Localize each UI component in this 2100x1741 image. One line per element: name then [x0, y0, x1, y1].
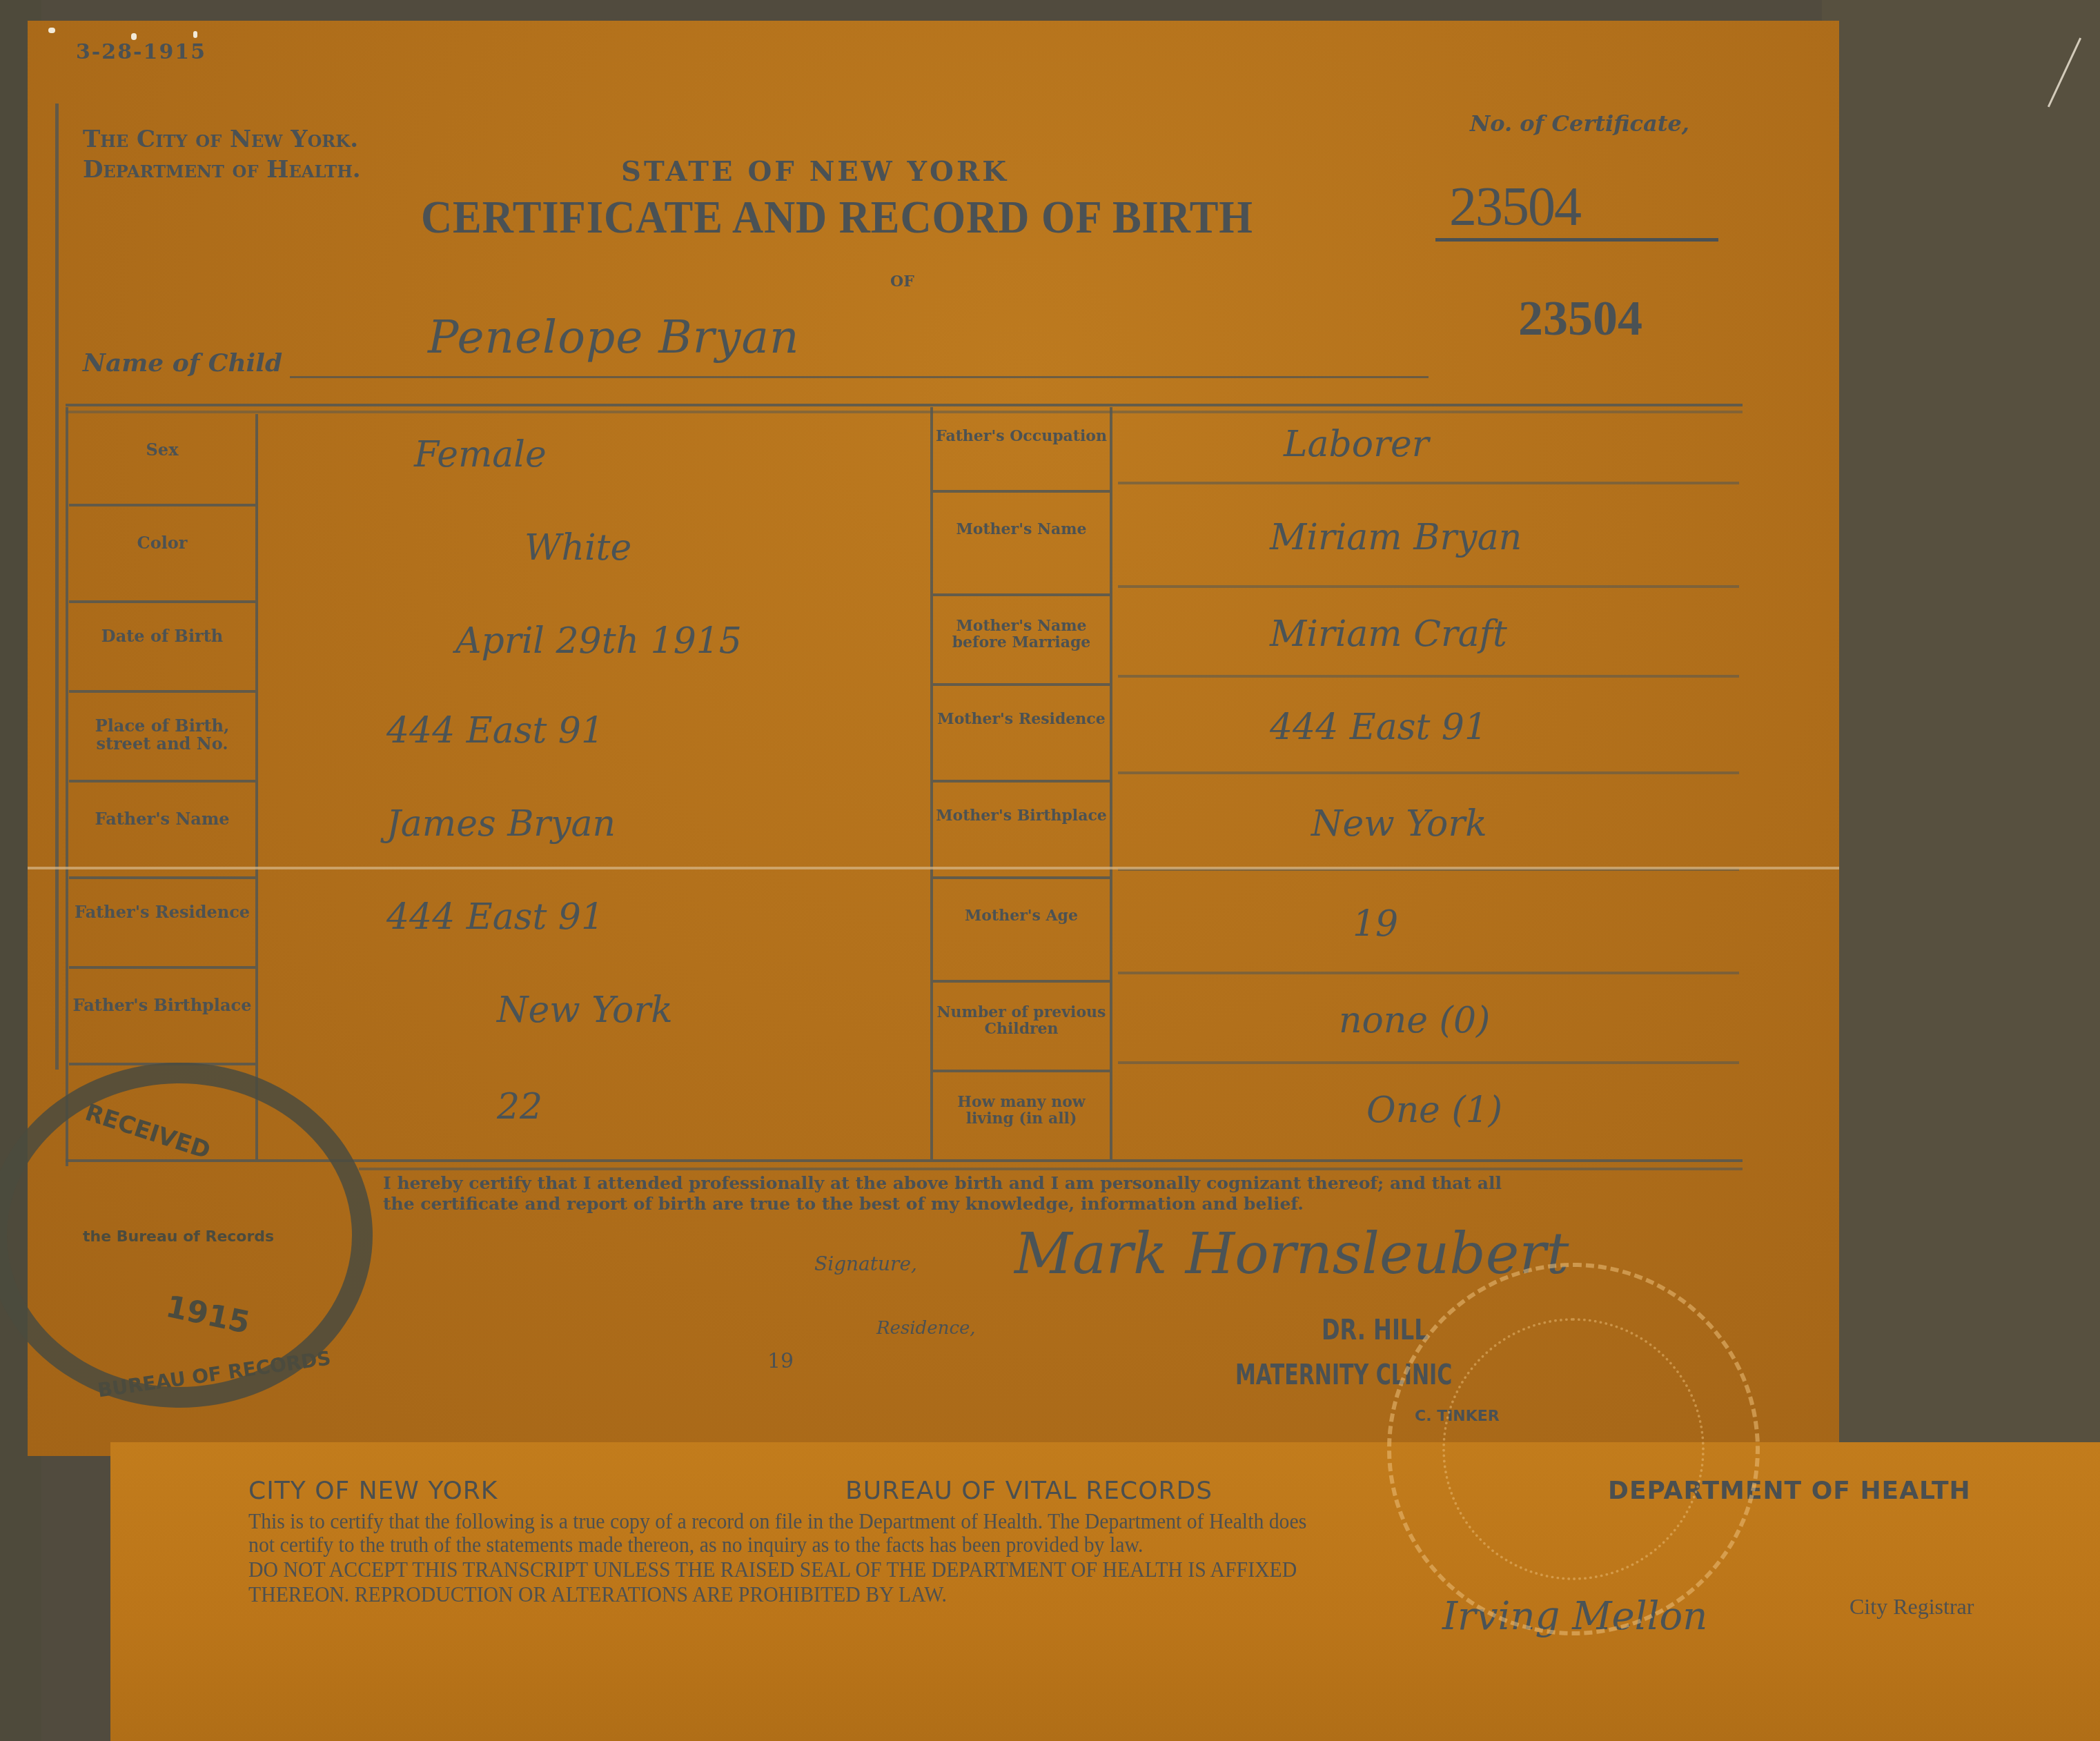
middle-divider: [930, 407, 933, 1159]
registrar-title: City Registrar: [1849, 1594, 1974, 1620]
scan-background-right: [1822, 0, 2100, 1449]
right-field-value: 444 East 91: [1270, 707, 1487, 748]
state-title: STATE OF NEW YORK: [621, 155, 1009, 188]
table-left-border: [66, 407, 68, 1166]
right-field-value: none (0): [1339, 1000, 1490, 1041]
right-value-underline: [1118, 675, 1739, 678]
strip-line-3: DO NOT ACCEPT THIS TRANSCRIPT UNLESS THE…: [248, 1558, 1297, 1580]
left-border-rule: [55, 104, 59, 1070]
left-field-value: New York: [497, 990, 673, 1031]
left-field-value: James Bryan: [386, 803, 616, 845]
right-field-label: Father's Occupation: [933, 428, 1110, 444]
right-field-value: One (1): [1366, 1090, 1502, 1131]
right-field-label: Mother's Birthplace: [933, 807, 1110, 824]
left-row-divider: [69, 600, 255, 603]
left-field-label: Father's Residence: [69, 903, 255, 921]
name-of-child-value: Penelope Bryan: [428, 311, 799, 364]
right-row-divider: [933, 593, 1110, 596]
right-row-divider: [933, 780, 1110, 783]
raised-seal-inner-icon: [1442, 1318, 1705, 1580]
signature-label: Signature,: [814, 1252, 917, 1275]
clinic-stamp-doctor: DR. HILL: [1322, 1315, 1429, 1346]
issuer-header: The City of New York. Department of Heal…: [83, 124, 361, 185]
year-prefix: 19: [767, 1349, 794, 1373]
right-value-underline: [1118, 771, 1739, 774]
certification-line-2: the certificate and report of birth are …: [383, 1194, 1798, 1214]
left-row-divider: [69, 876, 255, 879]
right-row-divider: [933, 1070, 1110, 1072]
issuer-department: Department of Health.: [83, 155, 361, 185]
right-field-label: Mother's Age: [933, 907, 1110, 924]
right-field-value: Laborer: [1284, 424, 1429, 465]
title-of: OF: [890, 273, 914, 291]
left-field-label: Father's Name: [69, 810, 255, 828]
left-field-value: 444 East 91: [386, 896, 604, 938]
left-field-label: Father's Birthplace: [69, 996, 255, 1014]
left-row-divider: [69, 966, 255, 969]
left-field-label: Date of Birth: [69, 627, 255, 645]
right-value-underline: [1118, 482, 1739, 484]
strip-line-4: THEREON. REPRODUCTION OR ALTERATIONS ARE…: [248, 1583, 947, 1605]
right-row-divider: [933, 490, 1110, 493]
right-field-label: Mother's Name: [933, 521, 1110, 538]
name-of-child-underline: [290, 376, 1429, 378]
attendant-signature: Mark Hornsleubert: [1014, 1221, 1569, 1287]
residence-label: Residence,: [876, 1318, 976, 1339]
form-code: 3-28-1915: [76, 40, 206, 64]
left-row-divider: [69, 780, 255, 783]
certificate-number-underline: [1435, 238, 1718, 242]
right-field-label: Mother's Residence: [933, 711, 1110, 727]
left-row-divider: [69, 690, 255, 693]
certification-line-1: I hereby certify that I attended profess…: [383, 1173, 1798, 1194]
paper-fold-crease: [28, 867, 1839, 869]
right-row-divider: [933, 876, 1110, 879]
paper-hole: [193, 31, 197, 38]
certificate-number-stamped: 23504: [1518, 290, 1642, 347]
right-value-underline: [1118, 972, 1739, 974]
left-field-value: Female: [414, 434, 547, 475]
document-title: CERTIFICATE AND RECORD OF BIRTH: [421, 190, 1253, 244]
left-row-divider: [69, 504, 255, 506]
left-label-divider: [255, 414, 258, 1159]
table-top-rule-inner: [66, 411, 1743, 413]
certificate-number-label: No. of Certificate,: [1470, 110, 1689, 137]
strip-line-2: not certify to the truth of the statemen…: [248, 1533, 1143, 1555]
right-field-label: Mother's Name before Marriage: [933, 618, 1110, 651]
left-field-value: April 29th 1915: [455, 620, 742, 662]
right-field-value: Miriam Bryan: [1270, 517, 1522, 558]
right-field-value: New York: [1311, 803, 1487, 845]
received-stamp-middle: the Bureau of Records: [83, 1228, 274, 1246]
table-bottom-rule-inner: [359, 1168, 1743, 1170]
attendant-certification: I hereby certify that I attended profess…: [383, 1173, 1798, 1214]
strip-bureau: BUREAU OF VITAL RECORDS: [845, 1477, 1213, 1505]
left-field-label: Color: [69, 534, 255, 552]
certificate-number-handwritten: 23504: [1449, 176, 1580, 239]
right-value-underline: [1118, 1061, 1739, 1064]
right-field-value: Miriam Craft: [1270, 613, 1507, 655]
issuer-city: The City of New York.: [83, 124, 361, 155]
right-row-divider: [933, 683, 1110, 686]
strip-line-1: This is to certify that the following is…: [248, 1510, 1306, 1532]
name-of-child-label: Name of Child: [83, 348, 282, 377]
paper-hole: [48, 28, 55, 33]
left-field-label: Sex: [69, 441, 255, 459]
left-field-value: White: [524, 527, 631, 569]
left-field-value: 444 East 91: [386, 710, 604, 751]
right-field-label: Number of previous Children: [933, 1004, 1110, 1037]
right-row-divider: [933, 980, 1110, 983]
right-value-underline: [1118, 585, 1739, 588]
table-top-rule: [66, 404, 1743, 406]
strip-city: CITY OF NEW YORK: [248, 1477, 498, 1505]
right-field-label: How many now living (in all): [933, 1094, 1110, 1127]
left-field-label: Place of Birth, street and No.: [69, 717, 255, 753]
right-field-value: 19: [1353, 903, 1398, 945]
left-field-value: 22: [497, 1086, 542, 1128]
paper-hole: [131, 33, 137, 40]
right-label-divider: [1110, 407, 1112, 1159]
